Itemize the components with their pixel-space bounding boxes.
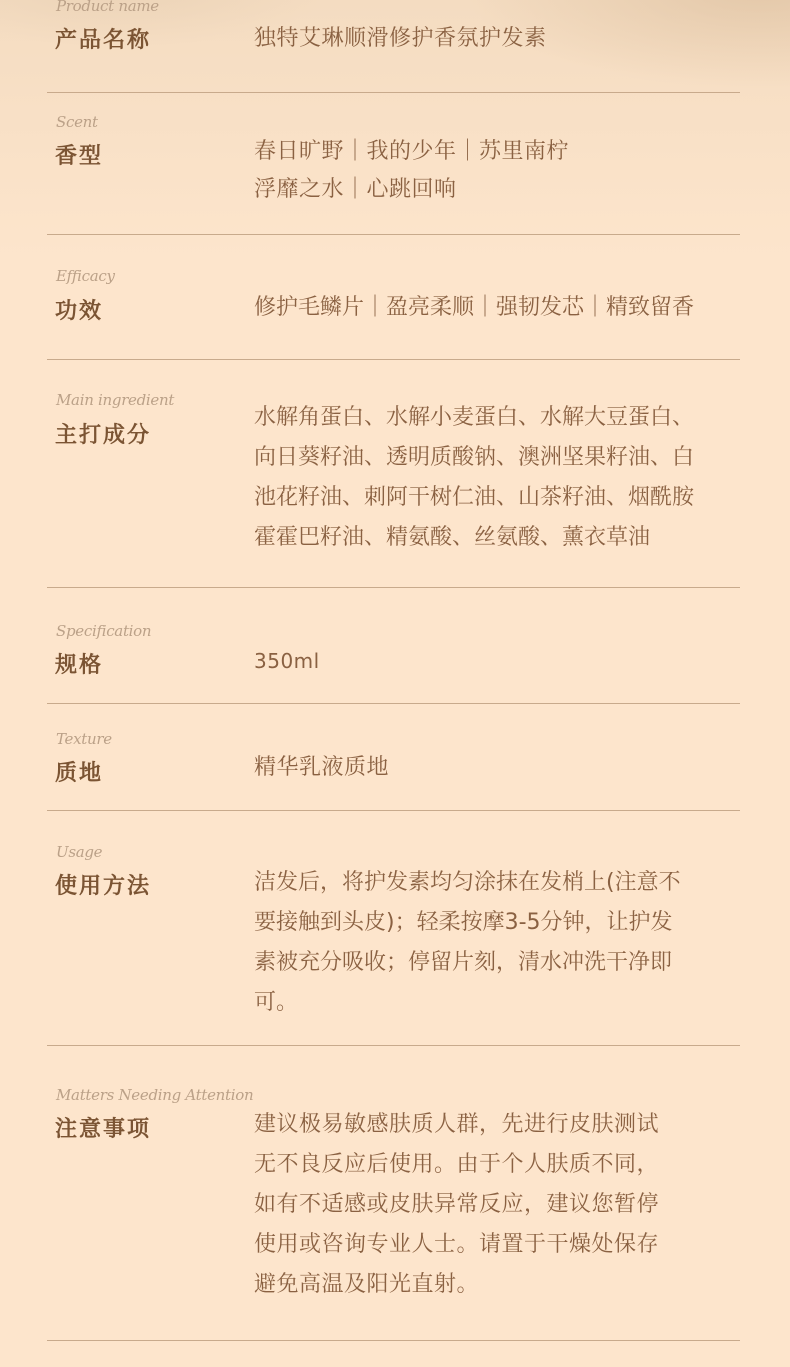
label-zh: 质地 [55,756,103,787]
value-line: 350ml [254,641,754,681]
label-en: Product name [56,0,159,15]
value-line: 春日旷野｜我的少年｜苏里南柠 [254,133,754,171]
label-zh: 注意事项 [55,1112,151,1143]
value-line: 水解角蛋白、水解小麦蛋白、水解大豆蛋白、 [254,398,754,438]
divider [47,92,740,93]
divider [47,359,740,360]
value-line: 如有不适感或皮肤异常反应，建议您暂停 [254,1185,754,1225]
value: 建议极易敏感肤质人群，先进行皮肤测试 无不良反应后使用。由于个人肤质不同， 如有… [254,1105,754,1305]
value: 独特艾琳顺滑修护香氛护发素 [254,19,754,59]
value-line: 修护毛鳞片｜盈亮柔顺｜强韧发芯｜精致留香 [254,288,754,328]
divider [47,703,740,704]
label-zh: 产品名称 [55,23,151,54]
value: 精华乳液质地 [254,748,754,788]
label-zh: 使用方法 [55,869,151,900]
divider [47,1340,740,1341]
label-en: Matters Needing Attention [56,1086,253,1104]
value-line: 池花籽油、刺阿干树仁油、山茶籽油、烟酰胺 [254,478,754,518]
value-line: 要接触到头皮)；轻柔按摩3-5分钟，让护发 [254,903,754,943]
label-en: Texture [56,730,112,748]
label-en: Scent [56,113,98,131]
value: 春日旷野｜我的少年｜苏里南柠 浮靡之水｜心跳回响 [254,133,754,209]
value-line: 洁发后，将护发素均匀涂抹在发梢上(注意不 [254,863,754,903]
divider [47,810,740,811]
value-line: 精华乳液质地 [254,748,754,788]
value: 洁发后，将护发素均匀涂抹在发梢上(注意不 要接触到头皮)；轻柔按摩3-5分钟，让… [254,863,754,1023]
label-en: Specification [56,622,151,640]
value-line: 避免高温及阳光直射。 [254,1265,754,1305]
label-en: Main ingredient [56,391,174,409]
value: 修护毛鳞片｜盈亮柔顺｜强韧发芯｜精致留香 [254,288,754,328]
value-line: 霍霍巴籽油、精氨酸、丝氨酸、薰衣草油 [254,518,754,558]
value: 350ml [254,641,754,681]
value: 水解角蛋白、水解小麦蛋白、水解大豆蛋白、 向日葵籽油、透明质酸钠、澳洲坚果籽油、… [254,398,754,558]
value-line: 可。 [254,983,754,1023]
divider [47,1045,740,1046]
label-zh: 功效 [55,294,103,325]
value-line: 使用或咨询专业人士。请置于干燥处保存 [254,1225,754,1265]
value-line: 建议极易敏感肤质人群，先进行皮肤测试 [254,1105,754,1145]
label-zh: 主打成分 [55,418,151,449]
divider [47,587,740,588]
divider [47,234,740,235]
value-line: 素被充分吸收；停留片刻，清水冲洗干净即 [254,943,754,983]
value-line: 向日葵籽油、透明质酸钠、澳洲坚果籽油、白 [254,438,754,478]
value-line: 无不良反应后使用。由于个人肤质不同， [254,1145,754,1185]
value-line: 独特艾琳顺滑修护香氛护发素 [254,19,754,59]
label-en: Efficacy [56,267,115,285]
label-zh: 规格 [55,648,103,679]
label-en: Usage [56,843,102,861]
label-zh: 香型 [55,139,103,170]
value-line: 浮靡之水｜心跳回响 [254,171,754,209]
